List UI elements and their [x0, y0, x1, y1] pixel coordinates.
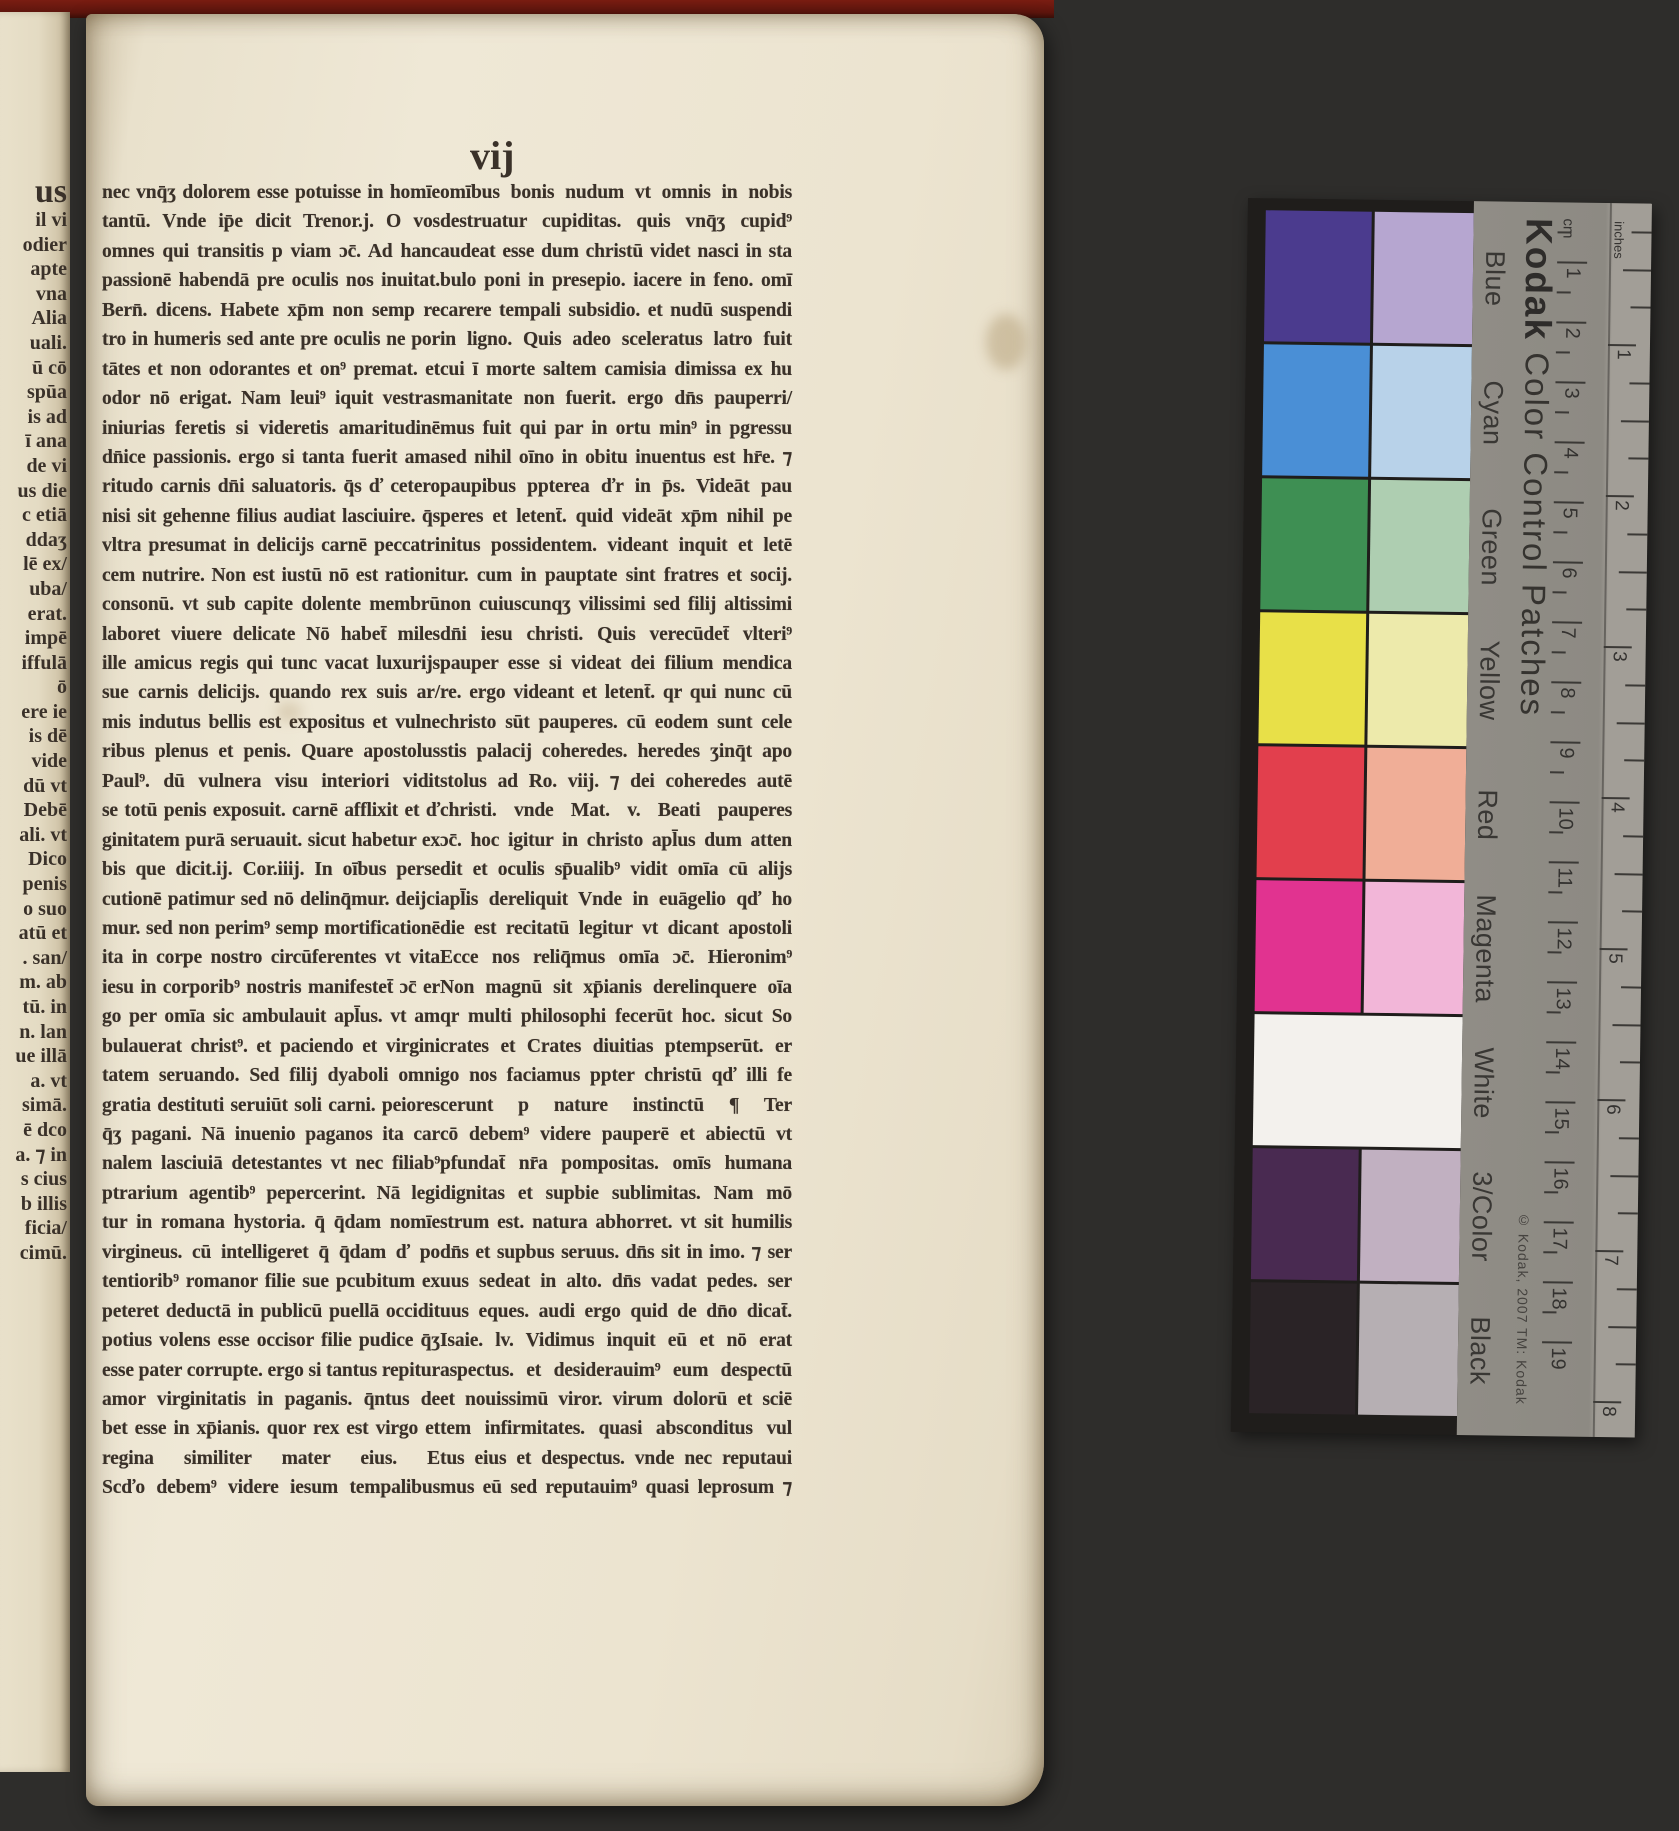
- margin-fragment: ue illā: [1, 1044, 67, 1069]
- margin-fragment: impē: [1, 626, 67, 651]
- margin-fragment: vna: [1, 282, 67, 307]
- margin-fragment: simā.: [1, 1093, 67, 1118]
- text-line: pauper esse si videat dei filium mendica: [440, 649, 792, 678]
- inch-tick: [1606, 495, 1634, 497]
- text-line: uus sedeat in alto. dn̄s vadat pedes. se…: [440, 1267, 792, 1296]
- cm-half-tick: [1556, 351, 1570, 353]
- patch-yellow-dark: [1258, 612, 1366, 744]
- text-line: passionē habendā pre oculis nos inuitat.: [102, 266, 440, 295]
- inch-tick: [1608, 344, 1636, 346]
- patch-row: [1262, 344, 1472, 478]
- cm-number: 5: [1558, 507, 1581, 518]
- text-line: carere tempali subsidio. et nudū suspend…: [440, 296, 792, 325]
- inch-tick: [1595, 1250, 1623, 1252]
- patch-label: Cyan: [1477, 380, 1509, 445]
- patch-row: [1253, 1014, 1463, 1148]
- text-line: nitus possidentem. videant inquit et let…: [440, 531, 792, 560]
- kodak-brand-text: Kodak: [1517, 218, 1560, 342]
- text-line: peres et letent̄. quid videāt xp̄m nihil…: [440, 502, 792, 531]
- text-column-left: nec vnq̄ʒ dolorem esse potuisse in homīe…: [102, 178, 440, 1503]
- cm-tick: [1552, 621, 1582, 623]
- inch-number: 4: [1605, 802, 1627, 813]
- text-line: tem infirmitates. quasi absconditus vul: [440, 1414, 792, 1443]
- cm-tick: [1550, 801, 1580, 803]
- inch-number: 6: [1601, 1104, 1623, 1115]
- text-line: apl̄is dereliquit Vnde in euāgelio qď ho: [440, 885, 792, 914]
- patch-label-wrap: Green: [1474, 481, 1514, 613]
- text-line: dn̄ice passionis. ergo si tanta fuerit a…: [102, 443, 440, 472]
- text-line: sue carnis delicijs. quando rex suis ar/: [102, 678, 440, 707]
- cm-tick: [1542, 1341, 1572, 1343]
- quarter-inch-tick: [1620, 1062, 1640, 1064]
- margin-fragment: is dē: [1, 724, 67, 749]
- text-line: ritudo carnis dn̄i saluatoris. q̄s ď cet…: [102, 472, 440, 501]
- cm-number: 17: [1547, 1227, 1570, 1250]
- cm-number: 18: [1547, 1287, 1570, 1310]
- page-stain: [276, 702, 302, 722]
- quarter-inch-tick: [1629, 382, 1649, 384]
- text-line: amor virginitatis in paganis. q̄ntus de: [102, 1385, 440, 1414]
- half-inch-tick: [1610, 1175, 1638, 1177]
- inch-number: 7: [1599, 1255, 1621, 1266]
- patch-row: [1260, 478, 1470, 612]
- text-line: sed nihil oīno in obitu inuentus est hr̄…: [440, 443, 792, 472]
- cm-tick: [1553, 561, 1583, 563]
- text-line: Isaie. lv. Vidimus inquit eū et nō erat: [440, 1326, 792, 1355]
- text-line: dn̄i iesu christi. Quis verecūdet̄ vlter…: [440, 620, 792, 649]
- cm-tick: [1557, 261, 1587, 263]
- cm-number: 9: [1554, 747, 1577, 758]
- patch-red-light: [1366, 748, 1467, 880]
- text-line: dit et oculis sp̄ualib⁹ vidit omīa cū al…: [440, 855, 792, 884]
- patch-row: [1249, 1282, 1459, 1416]
- text-line: re. ergo videant et letent̄. qr qui nunc…: [440, 678, 792, 707]
- cm-tick: [1555, 381, 1585, 383]
- cm-half-tick: [1553, 531, 1567, 533]
- inch-tick: [1602, 797, 1630, 799]
- text-line: strum est. natura abhorret. vt sit humil…: [440, 1208, 792, 1237]
- cm-number: 11: [1552, 867, 1575, 888]
- cm-tick: [1544, 1221, 1574, 1223]
- quarter-inch-tick: [1616, 1363, 1636, 1365]
- text-line: tur in romana hystoria. q̄ q̄dam nomīe: [102, 1208, 440, 1237]
- patch-label-wrap: Magenta: [1469, 883, 1509, 1015]
- margin-fragment: Dico: [1, 847, 67, 872]
- inch-tick: [1597, 1099, 1625, 1101]
- cm-tick: [1547, 981, 1577, 983]
- text-line: tur. cum in pauptate sint fratres et soc…: [440, 561, 792, 590]
- text-line: mis indutus bellis est expositus et vuln…: [102, 708, 440, 737]
- text-line: iniurias feretis si videretis amaritudin…: [102, 414, 440, 443]
- text-line: go nos faciamus ppter christū qď illi fe: [440, 1061, 792, 1090]
- cm-number: 2: [1560, 327, 1583, 338]
- text-line: omnes qui transitis p viam ɔc̄. Ad hanc: [102, 237, 440, 266]
- text-line: destruatur cupiditas. quis vnq̄ʒ cupid⁹: [440, 207, 792, 236]
- half-inch-tick: [1612, 1024, 1640, 1026]
- margin-fragment: penis: [1, 872, 67, 897]
- text-line: cutionē patimur sed nō delinq̄mur. deijc…: [102, 885, 440, 914]
- text-line: audeat esse dum christū videt nasci in s…: [440, 237, 792, 266]
- text-line: nec vnq̄ʒ dolorem esse potuisse in homīe: [102, 178, 440, 207]
- text-line: dn̄s et supbus seruus. dn̄s sit in imo. …: [440, 1238, 792, 1267]
- quarter-inch-tick: [1632, 231, 1652, 233]
- cm-half-tick: [1555, 411, 1569, 413]
- text-line: gratia destituti seruiūt soli carni. pei…: [102, 1091, 440, 1120]
- margin-fragment: ali. vt: [1, 823, 67, 848]
- text-line: nisi sit gehenne filius audiat lasciuire…: [102, 502, 440, 531]
- margin-fragment: Alia: [1, 306, 67, 331]
- margin-fragment: spūa: [1, 380, 67, 405]
- text-line: ita in corpe nostro circūferentes vt vit…: [102, 943, 440, 972]
- patch-label: Red: [1471, 789, 1503, 840]
- margin-fragment: is ad: [1, 405, 67, 430]
- patch-label: Black: [1463, 1316, 1495, 1385]
- patch-blue-light: [1373, 212, 1474, 344]
- patch-label: Yellow: [1473, 641, 1505, 721]
- copyright-text: © Kodak, 2007 TM: Kodak: [1513, 1212, 1532, 1405]
- text-line: nalem lasciuiā detestantes vt nec filiab…: [102, 1149, 440, 1178]
- margin-fragment: vide: [1, 749, 67, 774]
- patch-green-light: [1369, 480, 1470, 612]
- patch-3/color-dark: [1251, 1148, 1359, 1280]
- cm-tick: [1550, 741, 1580, 743]
- cm-half-tick: [1545, 1131, 1559, 1133]
- text-column-right: omībus bonis nudum vt omnis in nobisdest…: [440, 178, 792, 1503]
- text-line: ginitatem purā seruauit. sicut habetur e…: [102, 826, 440, 855]
- cm-tick: [1555, 441, 1585, 443]
- margin-fragment: odier: [1, 233, 67, 258]
- cm-number: 12: [1552, 927, 1575, 950]
- margin-fragment: cimū.: [1, 1241, 67, 1266]
- text-line: cem nutrire. Non est iustū nō est ration…: [102, 561, 440, 590]
- patch-label: Blue: [1479, 251, 1511, 307]
- patch-label: 3/Color: [1465, 1171, 1497, 1262]
- text-line: crates et Crates diuitias ptempserūt. er: [440, 1032, 792, 1061]
- margin-fragment: b illis: [1, 1192, 67, 1217]
- margin-fragment: o suo: [1, 897, 67, 922]
- patch-label-wrap: White: [1467, 1017, 1507, 1149]
- cm-tick: [1543, 1281, 1573, 1283]
- quarter-inch-tick: [1619, 1137, 1639, 1139]
- cm-half-tick: [1544, 1191, 1558, 1193]
- text-line: manitate non fuerit. ergo dn̄s pauperri/: [440, 384, 792, 413]
- digitized-book-scan: usil viodieraptevnaAliauali.ū cōspūais a…: [0, 0, 1679, 1831]
- text-line: iesu in corporib⁹ nostris manifestet̄ ɔc…: [102, 973, 440, 1002]
- cm-tick: [1545, 1161, 1575, 1163]
- margin-fragment: ī ana: [1, 429, 67, 454]
- text-line: bet esse in xp̄ianis. quor rex est virgo…: [102, 1414, 440, 1443]
- text-line: cō debem⁹ videre pauperē et abiectū vt: [440, 1120, 792, 1149]
- cm-tick: [1556, 321, 1586, 323]
- cm-half-tick: [1552, 651, 1566, 653]
- cm-number: 13: [1551, 987, 1574, 1010]
- kodak-color-control-card: Kodak Color Control Patches cm inches © …: [1231, 198, 1652, 1438]
- margin-fragment: dū vt: [1, 774, 67, 799]
- margin-fragment: ficia/: [1, 1216, 67, 1241]
- quarter-inch-tick: [1630, 307, 1650, 309]
- inch-number: 2: [1610, 500, 1632, 511]
- text-line: Non magnū sit xp̄ianis derelinquere oīa: [440, 973, 792, 1002]
- half-inch-tick: [1608, 1326, 1636, 1328]
- text-line: peteret deductā in publicū puellā occidi…: [102, 1297, 440, 1326]
- margin-fragment: ō: [1, 675, 67, 700]
- margin-fragment: uba/: [1, 577, 67, 602]
- text-line: Ecce nos reliq̄mus omīa ɔc̄. Hieronim⁹: [440, 943, 792, 972]
- cm-number: 8: [1555, 687, 1578, 698]
- quarter-inch-tick: [1626, 609, 1646, 611]
- cm-half-tick: [1550, 771, 1564, 773]
- text-line: christo sūt pauperes. cū eodem sunt cele: [440, 708, 792, 737]
- cm-number: 6: [1557, 567, 1580, 578]
- folio-number: vij: [470, 132, 514, 179]
- patch-red-dark: [1257, 746, 1365, 878]
- quarter-inch-tick: [1624, 760, 1644, 762]
- patch-row: [1257, 746, 1467, 880]
- patch-row: [1255, 880, 1465, 1014]
- text-line: ribus plenus et penis. Quare apostolus: [102, 737, 440, 766]
- margin-fragment: ū cō: [1, 356, 67, 381]
- color-patch-grid: [1249, 210, 1474, 1419]
- text-line: non cuiuscunqʒ vilissimi sed filij altis…: [440, 590, 792, 619]
- cm-half-tick: [1547, 951, 1561, 953]
- quarter-inch-tick: [1618, 1213, 1638, 1215]
- text-line: ptrarium agentib⁹ pepercerint. Nā legi: [102, 1179, 440, 1208]
- patch-label: White: [1467, 1047, 1499, 1119]
- text-line: consonū. vt sub capite dolente membrū: [102, 590, 440, 619]
- cm-tick: [1549, 861, 1579, 863]
- text-line: cerunt p nature instinctū ¶ Ter: [440, 1091, 792, 1120]
- patch-green-dark: [1260, 478, 1368, 610]
- text-line: mur. sed non perim⁹ semp mortificationē: [102, 914, 440, 943]
- patch-3/color-light: [1360, 1150, 1461, 1282]
- text-line: q̄ʒ pagani. Nā inuenio paganos ita car: [102, 1120, 440, 1149]
- text-line: bis que dicit.ij. Cor.iiij. In oībus per…: [102, 855, 440, 884]
- cm-half-tick: [1553, 591, 1567, 593]
- text-line: tro in humeris sed ante pre oculis ne po…: [102, 325, 440, 354]
- text-line: pfundat̄ nr̄a pompositas. omīs humana: [440, 1149, 792, 1178]
- inch-number: 1: [1612, 349, 1634, 360]
- text-line: et nouissimū viror. virum dolorū et sciē: [440, 1385, 792, 1414]
- text-line: paupibus ppterea ďr in p̄s. Videāt pau: [440, 472, 792, 501]
- text-line: qr multi philosophi fecerūt hoc. sicut S…: [440, 1002, 792, 1031]
- text-line: cui ī morte saltem camisia dimissa ex hu: [440, 355, 792, 384]
- patch-black-light: [1358, 1284, 1459, 1416]
- margin-fragment: us: [1, 176, 67, 208]
- margin-fragment: ē dco: [1, 1118, 67, 1143]
- opposite-page-sliver: usil viodieraptevnaAliauali.ū cōspūais a…: [0, 12, 70, 1772]
- cm-tick: [1548, 921, 1578, 923]
- patch-label-wrap: Cyan: [1476, 347, 1516, 479]
- margin-fragment: s cius: [1, 1167, 67, 1192]
- patch-cyan-dark: [1262, 344, 1370, 476]
- text-line: dignitas et supbie sublimitas. Nam mō: [440, 1179, 792, 1208]
- inch-tick: [1593, 1401, 1621, 1403]
- inch-number: 8: [1597, 1406, 1619, 1417]
- text-line: go per omīa sic ambulauit apl̄us. vt am: [102, 1002, 440, 1031]
- quarter-inch-tick: [1622, 911, 1642, 913]
- quarter-inch-tick: [1627, 533, 1647, 535]
- manuscript-page: vij nec vnq̄ʒ dolorem esse potuisse in h…: [86, 14, 1044, 1806]
- cm-half-tick: [1551, 711, 1565, 713]
- patch-blue-dark: [1264, 210, 1372, 342]
- margin-fragment: ddaʒ: [1, 528, 67, 553]
- ruler-unit-cm: cm: [1559, 218, 1576, 238]
- cm-number: 7: [1556, 627, 1579, 638]
- text-line: tatem seruando. Sed filij dyaboli omni: [102, 1061, 440, 1090]
- quarter-inch-tick: [1623, 835, 1643, 837]
- text-line: tātes et non odorantes et on⁹ premat. et: [102, 355, 440, 384]
- text-line: odor nō erigat. Nam leui⁹ iquit vestras: [102, 384, 440, 413]
- cm-half-tick: [1542, 1311, 1556, 1313]
- cm-number: 1: [1561, 267, 1584, 278]
- card-ruler-panel: Kodak Color Control Patches cm inches © …: [1457, 201, 1652, 1437]
- cm-number: 3: [1559, 387, 1582, 398]
- margin-fragment: . san/: [1, 946, 67, 971]
- patch-row: [1264, 210, 1474, 344]
- margin-fragment: n. lan: [1, 1020, 67, 1045]
- margin-fragment: lē ex/: [1, 552, 67, 577]
- text-line: omībus bonis nudum vt omnis in nobis: [440, 178, 792, 207]
- patch-label-wrap: Red: [1470, 749, 1510, 881]
- text-line: aspectus. et desiderauim⁹ eum despectū: [440, 1356, 792, 1385]
- text-line: Bern̄. dicens. Habete xp̄m non semp re: [102, 296, 440, 325]
- margin-fragment: il vi: [1, 208, 67, 233]
- text-line: ɔc̄. hoc igitur in christo apl̄us dum at…: [440, 826, 792, 855]
- patch-magenta-dark: [1255, 880, 1363, 1012]
- cm-half-tick: [1547, 1011, 1561, 1013]
- opposite-page-text-fragments: usil viodieraptevnaAliauali.ū cōspūais a…: [1, 176, 67, 1266]
- text-line: bulo poni in presepio. iacere in feno. o…: [440, 266, 792, 295]
- margin-fragment: m. ab: [1, 970, 67, 995]
- text-line: virgineus. cū intelligeret q̄ q̄dam ď po: [102, 1238, 440, 1267]
- quarter-inch-tick: [1628, 458, 1648, 460]
- margin-fragment: a. ⁊ in: [1, 1143, 67, 1168]
- cm-half-tick: [1546, 1071, 1560, 1073]
- card-title-rest: Color Control Patches: [1514, 341, 1556, 717]
- cm-number: 10: [1553, 807, 1576, 830]
- patch-label-wrap: Black: [1463, 1285, 1503, 1417]
- patch-yellow-light: [1367, 614, 1468, 746]
- text-line: uus eques. audi ergo quid de dn̄o dicat̄…: [440, 1297, 792, 1326]
- text-line: Paul⁹. dū vulnera visu interiori vidit: [102, 767, 440, 796]
- text-line: regina similiter mater eius. E: [102, 1444, 440, 1473]
- text-line: esse pater corrupte. ergo si tantus repi…: [102, 1356, 440, 1385]
- card-title: Kodak Color Control Patches: [1511, 218, 1560, 718]
- margin-fragment: us die: [1, 479, 67, 504]
- cm-number: 16: [1548, 1167, 1571, 1190]
- inch-tick: [1604, 646, 1632, 648]
- margin-fragment: apte: [1, 257, 67, 282]
- text-line: bulauerat christ⁹. et paciendo et virgin…: [102, 1032, 440, 1061]
- text-line: potius volens esse occisor filie pudice …: [102, 1326, 440, 1355]
- patch-row: [1258, 612, 1468, 746]
- quarter-inch-tick: [1621, 986, 1641, 988]
- cm-half-tick: [1549, 831, 1563, 833]
- inch-number: 5: [1603, 953, 1625, 964]
- patch-label: Magenta: [1469, 894, 1502, 1003]
- margin-fragment: iffulā: [1, 651, 67, 676]
- patch-row: [1251, 1148, 1461, 1282]
- text-line: se totū penis exposuit. carnē afflixit e…: [102, 796, 440, 825]
- cm-half-tick: [1548, 891, 1562, 893]
- margin-fragment: c etiā: [1, 503, 67, 528]
- ruler-unit-inches: inches: [1611, 221, 1627, 259]
- text-line: vltra presumat in delicijs carnē peccatr…: [102, 531, 440, 560]
- page-stain: [986, 314, 1026, 370]
- margin-fragment: uali.: [1, 331, 67, 356]
- text-line: tentiorib⁹ romanor filie sue pcubitum ex: [102, 1267, 440, 1296]
- text-line: tus eius et despectus. vnde nec reputaui: [440, 1444, 792, 1473]
- quarter-inch-tick: [1617, 1288, 1637, 1290]
- patch-white: [1253, 1014, 1463, 1148]
- text-line: in ligno. Quis adeo sceleratus latro fui…: [440, 325, 792, 354]
- text-line: tantū. Vnde ip̄e dicit Trenor.j. O vos: [102, 207, 440, 236]
- text-line: christi. vnde Mat. v. Beati pauperes: [440, 796, 792, 825]
- patch-label-wrap: 3/Color: [1465, 1151, 1505, 1283]
- text-line: mus eū sed reputauim⁹ quasi leprosum ⁊: [440, 1473, 792, 1502]
- cm-half-tick: [1558, 231, 1572, 233]
- cm-half-tick: [1543, 1251, 1557, 1253]
- cm-half-tick: [1554, 471, 1568, 473]
- text-line: ille amicus regis qui tunc vacat luxurij…: [102, 649, 440, 678]
- margin-fragment: de vi: [1, 454, 67, 479]
- half-inch-tick: [1615, 873, 1643, 875]
- patch-label-wrap: Blue: [1478, 213, 1518, 345]
- cm-number: 15: [1549, 1107, 1572, 1130]
- text-line: Scďo debem⁹ videre iesum tempalibus: [102, 1473, 440, 1502]
- inch-tick: [1600, 948, 1628, 950]
- patch-label: Green: [1475, 508, 1507, 586]
- text-line: mus fuit qui par in ortu min⁹ in pgressu: [440, 414, 792, 443]
- cm-number: 19: [1546, 1347, 1569, 1370]
- cm-tick: [1554, 501, 1584, 503]
- margin-fragment: Debē: [1, 798, 67, 823]
- cm-tick: [1551, 681, 1581, 683]
- inch-number: 3: [1608, 651, 1630, 662]
- half-inch-tick: [1617, 722, 1645, 724]
- margin-fragment: tū. in: [1, 995, 67, 1020]
- patch-magenta-light: [1364, 882, 1465, 1014]
- margin-fragment: atū et: [1, 921, 67, 946]
- text-line: stolus ad Ro. viij. ⁊ dei coheredes autē: [440, 767, 792, 796]
- half-inch-tick: [1623, 269, 1651, 271]
- half-inch-tick: [1619, 571, 1647, 573]
- cm-number: 14: [1550, 1047, 1573, 1070]
- patch-label-wrap: Yellow: [1472, 615, 1512, 747]
- text-line: stis palacij coheredes. heredes ʒinq̄t a…: [440, 737, 792, 766]
- quarter-inch-tick: [1625, 684, 1645, 686]
- text-line: laboret viuere delicate Nō habet̄ miles: [102, 620, 440, 649]
- cm-half-tick: [1557, 291, 1571, 293]
- cm-number: 4: [1558, 447, 1581, 458]
- margin-fragment: ere ie: [1, 700, 67, 725]
- patch-cyan-light: [1371, 346, 1472, 478]
- cm-tick: [1546, 1041, 1576, 1043]
- text-line: die est recitatū legitur vt dicant apost…: [440, 914, 792, 943]
- cm-tick: [1545, 1101, 1575, 1103]
- margin-fragment: erat.: [1, 602, 67, 627]
- half-inch-tick: [1621, 420, 1649, 422]
- margin-fragment: a. vt: [1, 1069, 67, 1094]
- patch-black-dark: [1249, 1282, 1357, 1414]
